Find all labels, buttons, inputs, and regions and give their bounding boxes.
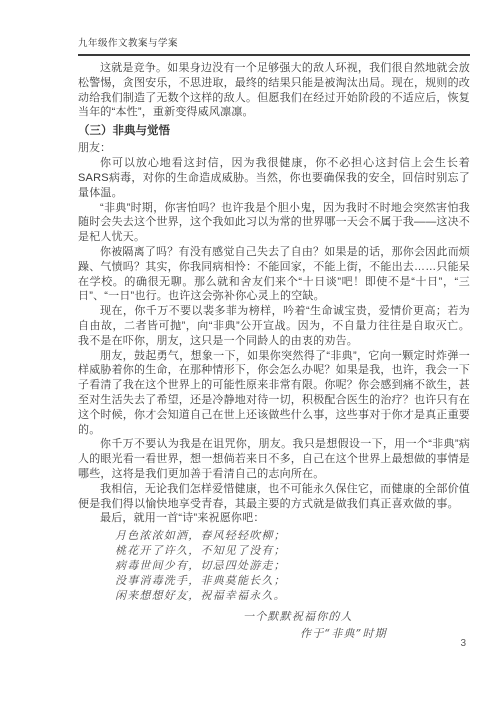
page-header: 九年级作文教案与学案 <box>78 33 470 56</box>
body-paragraph: 朋友，鼓起勇气，想象一下，如果你突然得了“非典”，它向一颗定时炸弹一样威胁着你的… <box>78 349 470 438</box>
salutation: 朋友： <box>78 141 470 156</box>
header-title: 九年级作文教案与学案 <box>78 38 178 49</box>
document-page: 九年级作文教案与学案 这就是竞争。如果身边没有一个足够强大的敌人环视，我们很自然… <box>0 0 499 705</box>
intro-paragraph: 这就是竞争。如果身边没有一个足够强大的敌人环视，我们很自然地就会放松警惕，贪图安… <box>78 61 470 120</box>
body-paragraph: 你千万不要认为我是在诅咒你，朋友。我只是想假设一下，用一个“非典”病人的眼光看一… <box>78 437 470 481</box>
page-content: 九年级作文教案与学案 这就是竞争。如果身边没有一个足够强大的敌人环视，我们很自然… <box>78 33 470 643</box>
poem: 月色浓浓如酒，春风轻轻吹柳； 桃花开了许久，不知见了没有； 病毒世间少有，切忌四… <box>115 528 470 603</box>
body-paragraph: 你可以放心地看这封信，因为我很健康，你不必担心这封信上会生长着SARS病毒，对你… <box>78 156 470 200</box>
page-number: 3 <box>460 638 466 649</box>
signature-name: 一个默默祝福你的人 <box>243 608 470 625</box>
poem-line: 月色浓浓如酒，春风轻轻吹柳； <box>115 528 470 543</box>
body-paragraph: 我相信，无论我们怎样爱惜健康，也不可能永久保住它，而健康的全部价值便是我们得以愉… <box>78 482 470 512</box>
poem-line: 闲来想想好友，祝福幸福永久。 <box>115 588 470 603</box>
closing-lead-in: 最后，就用一首“诗”来祝愿你吧： <box>78 511 470 526</box>
signature-block: 一个默默祝福你的人 作于“非典”时期 <box>78 608 470 643</box>
body-paragraph: “非典”时期，你害怕吗？也许我是个胆小鬼，因为我时不时地会突然害怕我随时会失去这… <box>78 201 470 245</box>
signature-date: 作于“非典”时期 <box>300 625 470 643</box>
poem-line: 病毒世间少有，切忌四处游走； <box>115 558 470 573</box>
poem-line: 桃花开了许久，不知见了没有； <box>115 543 470 558</box>
body-paragraph: 你被隔离了吗？有没有感觉自己失去了自由？如果是的话，那你会因此而烦躁、气愤吗？其… <box>78 245 470 304</box>
section-heading: （三）非典与觉悟 <box>78 123 470 139</box>
poem-line: 没事消毒洗手，非典莫能长久； <box>115 573 470 588</box>
body-paragraph: 现在，你千万不要以裴多菲为榜样，吟着“生命诚宝贵，爱情价更高；若为自由故，二者皆… <box>78 304 470 348</box>
